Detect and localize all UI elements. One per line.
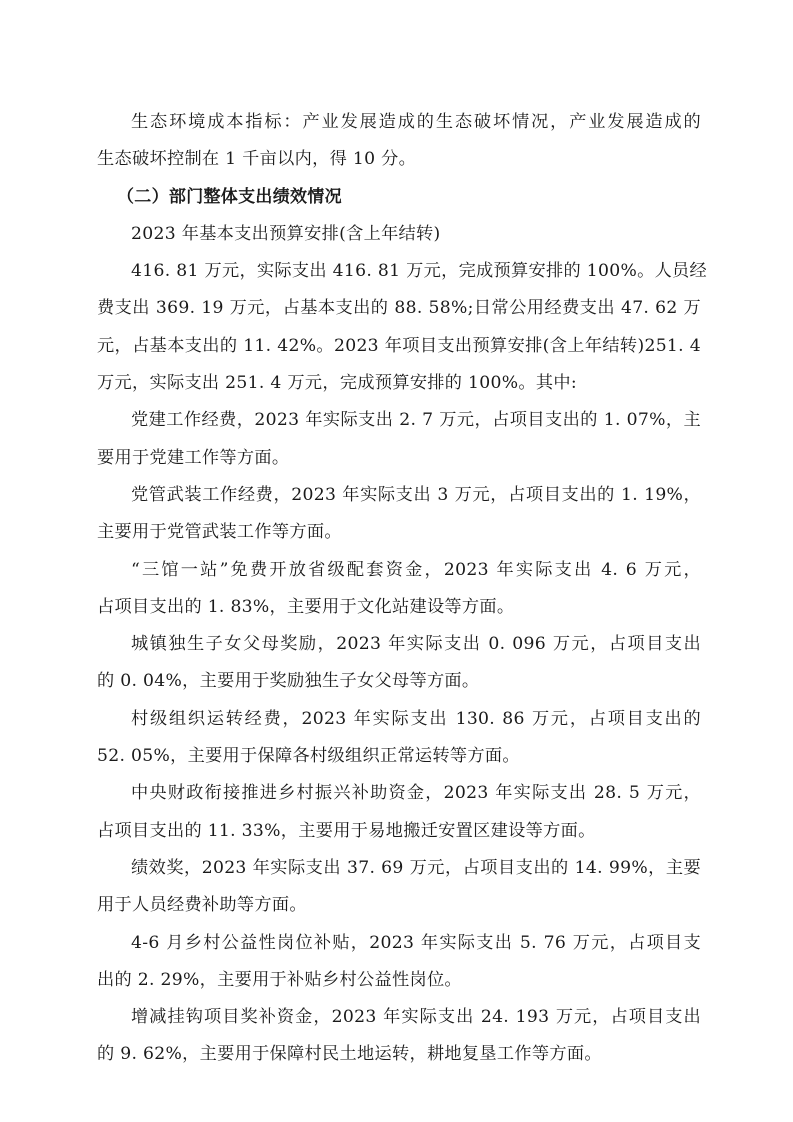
text-line: 增减挂钩项目奖补资金，2023 年实际支出 24. 193 万元，占项目支出 — [97, 999, 701, 1036]
text-line: 费支出 369. 19 万元，占基本支出的 88. 58%;日常公用经费支出 4… — [97, 290, 701, 327]
paragraph-basic-budget-title: 2023 年基本支出预算安排(含上年结转) — [97, 216, 701, 253]
text-line: 2023 年基本支出预算安排(含上年结转) — [97, 216, 701, 253]
text-line: 元，占基本支出的 11. 42%。2023 年项目支出预算安排(含上年结转)25… — [97, 328, 701, 365]
paragraph-rural-revitalization: 中央财政衔接推进乡村振兴补助资金，2023 年实际支出 28. 5 万元， 占项… — [97, 775, 701, 850]
text-line: 中央财政衔接推进乡村振兴补助资金，2023 年实际支出 28. 5 万元， — [97, 775, 701, 812]
text-line: 用于人员经费补助等方面。 — [97, 887, 701, 924]
text-line: 的 9. 62%，主要用于保障村民土地运转，耕地复垦工作等方面。 — [97, 1036, 701, 1073]
paragraph-public-welfare-posts: 4-6 月乡村公益性岗位补贴，2023 年实际支出 5. 76 万元，占项目支 … — [97, 925, 701, 1000]
text-line: 的 0. 04%，主要用于奖励独生子女父母等方面。 — [97, 663, 701, 700]
heading-text: （二）部门整体支出绩效情况 — [97, 179, 701, 216]
text-line: 占项目支出的 11. 33%，主要用于易地搬迁安置区建设等方面。 — [97, 813, 701, 850]
paragraph-armed-forces: 党管武装工作经费，2023 年实际支出 3 万元，占项目支出的 1. 19%， … — [97, 477, 701, 552]
text-line: 生态环境成本指标：产业发展造成的生态破坏情况，产业发展造成的 — [97, 104, 701, 141]
paragraph-land-linkage-reward: 增减挂钩项目奖补资金，2023 年实际支出 24. 193 万元，占项目支出 的… — [97, 999, 701, 1074]
paragraph-basic-budget-detail: 416. 81 万元，实际支出 416. 81 万元，完成预算安排的 100%。… — [97, 253, 701, 402]
text-line: 村级组织运转经费，2023 年实际支出 130. 86 万元，占项目支出的 — [97, 701, 701, 738]
text-line: 生态破坏控制在 1 千亩以内，得 10 分。 — [97, 141, 701, 178]
text-line: 万元，实际支出 251. 4 万元，完成预算安排的 100%。其中: — [97, 365, 701, 402]
text-line: 出的 2. 29%，主要用于补贴乡村公益性岗位。 — [97, 962, 701, 999]
text-line: 城镇独生子女父母奖励，2023 年实际支出 0. 096 万元，占项目支出 — [97, 626, 701, 663]
paragraph-only-child-reward: 城镇独生子女父母奖励，2023 年实际支出 0. 096 万元，占项目支出 的 … — [97, 626, 701, 701]
document-page: 生态环境成本指标：产业发展造成的生态破坏情况，产业发展造成的 生态破坏控制在 1… — [97, 104, 701, 1074]
text-line: 党管武装工作经费，2023 年实际支出 3 万元，占项目支出的 1. 19%， — [97, 477, 701, 514]
paragraph-party-building: 党建工作经费，2023 年实际支出 2. 7 万元，占项目支出的 1. 07%，… — [97, 402, 701, 477]
text-line: 4-6 月乡村公益性岗位补贴，2023 年实际支出 5. 76 万元，占项目支 — [97, 925, 701, 962]
text-line: 党建工作经费，2023 年实际支出 2. 7 万元，占项目支出的 1. 07%，… — [97, 402, 701, 439]
paragraph-three-halls-one-station: “三馆一站”免费开放省级配套资金，2023 年实际支出 4. 6 万元， 占项目… — [97, 552, 701, 627]
paragraph-performance-bonus: 绩效奖，2023 年实际支出 37. 69 万元，占项目支出的 14. 99%，… — [97, 850, 701, 925]
text-line: 主要用于党管武装工作等方面。 — [97, 514, 701, 551]
text-line: “三馆一站”免费开放省级配套资金，2023 年实际支出 4. 6 万元， — [97, 552, 701, 589]
paragraph-village-org-operation: 村级组织运转经费，2023 年实际支出 130. 86 万元，占项目支出的 52… — [97, 701, 701, 776]
text-line: 416. 81 万元，实际支出 416. 81 万元，完成预算安排的 100%。… — [97, 253, 701, 290]
text-line: 52. 05%，主要用于保障各村级组织正常运转等方面。 — [97, 738, 701, 775]
section-heading: （二）部门整体支出绩效情况 — [97, 179, 701, 216]
text-line: 绩效奖，2023 年实际支出 37. 69 万元，占项目支出的 14. 99%，… — [97, 850, 701, 887]
paragraph-eco-cost-indicator: 生态环境成本指标：产业发展造成的生态破坏情况，产业发展造成的 生态破坏控制在 1… — [97, 104, 701, 179]
text-line: 占项目支出的 1. 83%，主要用于文化站建设等方面。 — [97, 589, 701, 626]
text-line: 要用于党建工作等方面。 — [97, 440, 701, 477]
